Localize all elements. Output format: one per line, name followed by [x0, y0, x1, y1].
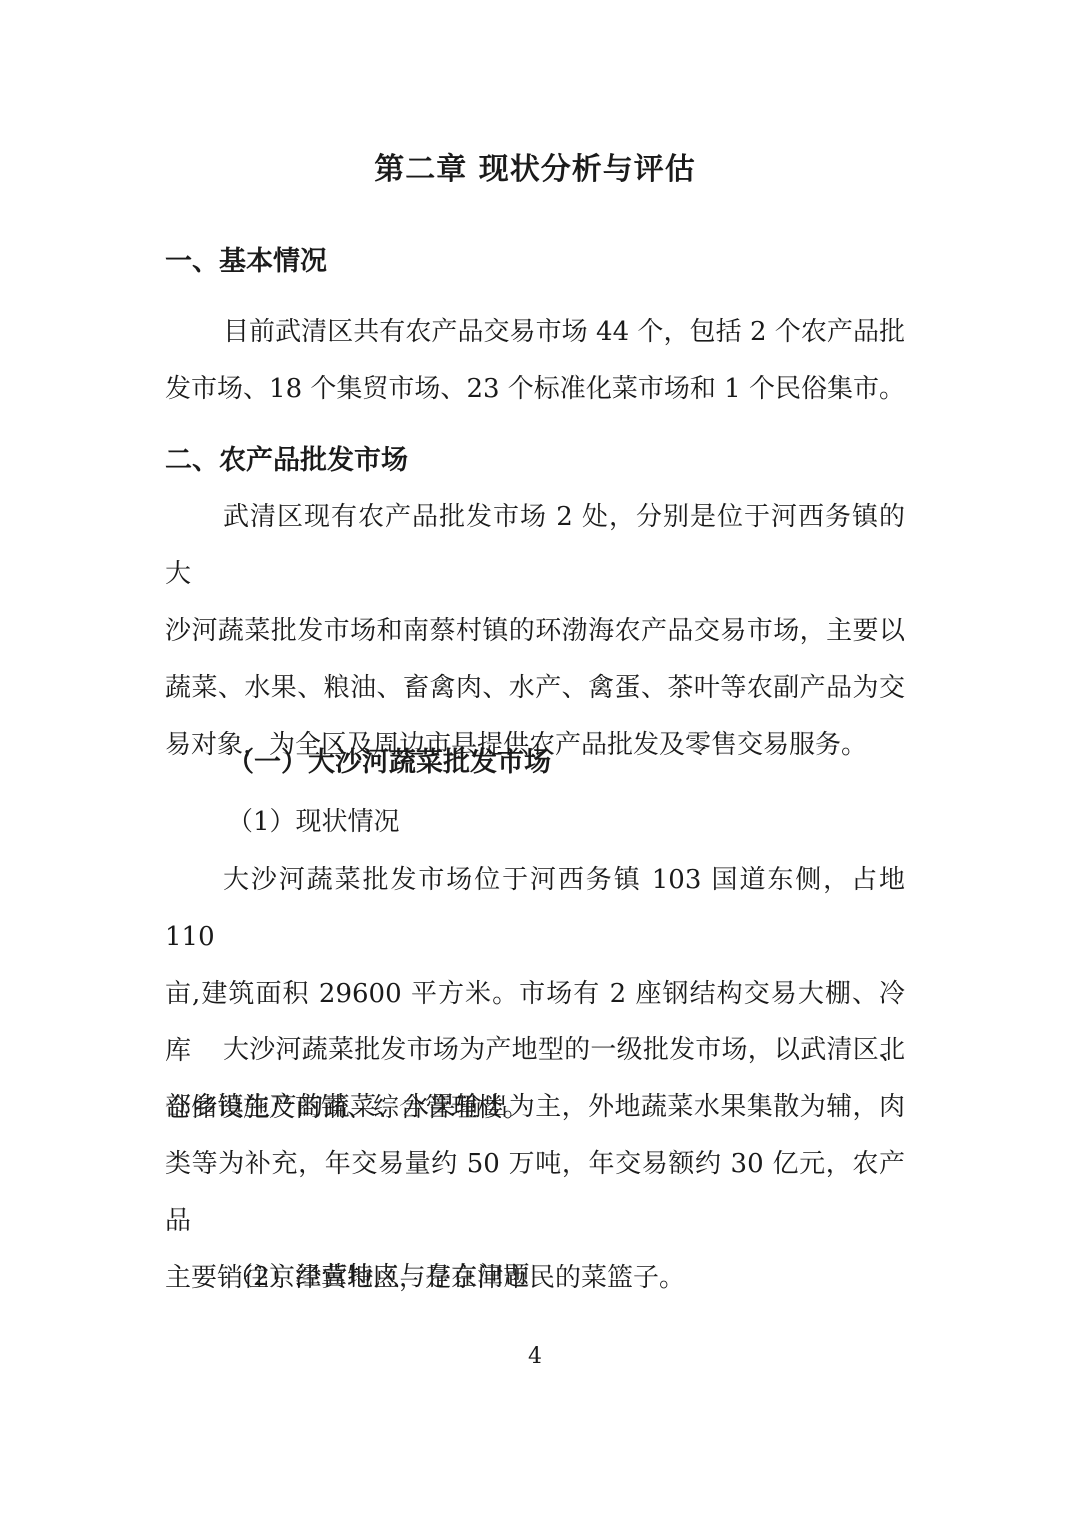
paragraph-line: 武清区现有农产品批发市场 2 处，分别是位于河西务镇的大 [165, 489, 905, 603]
paragraph: 武清区现有农产品批发市场 2 处，分别是位于河西务镇的大 沙河蔬菜批发市场和南蔡… [165, 489, 905, 774]
section-heading-wholesale-markets: 二、农产品批发市场 [165, 432, 905, 489]
paragraph-line: 蔬菜、水果、粮油、畜禽肉、水产、禽蛋、茶叶等农副产品为交 [165, 660, 905, 717]
paragraph-line: 大沙河蔬菜批发市场位于河西务镇 103 国道东侧，占地 110 [165, 852, 905, 966]
paragraph-line: 类等为补充，年交易量约 50 万吨，年交易额约 30 亿元，农产品 [165, 1136, 905, 1250]
paragraph-line: 目前武清区共有农产品交易市场 44 个，包括 2 个农产品批 [165, 304, 905, 361]
chapter-title: 第二章 现状分析与评估 [165, 141, 905, 198]
item-heading-current-status: （1）现状情况 [165, 794, 905, 851]
page-number: 4 [165, 1342, 905, 1372]
document-page: 第二章 现状分析与评估 一、基本情况 目前武清区共有农产品交易市场 44 个，包… [0, 0, 1074, 1520]
item-heading-operating-features: （2）经营特点与存在问题 [165, 1249, 905, 1306]
paragraph: 目前武清区共有农产品交易市场 44 个，包括 2 个农产品批 发市场、18 个集… [165, 304, 905, 418]
paragraph-line: 发市场、18 个集贸市场、23 个标准化菜市场和 1 个民俗集市。 [165, 361, 905, 418]
paragraph-line: 部乡镇生产的蔬菜、水果输出为主，外地蔬菜水果集散为辅，肉 [165, 1079, 905, 1136]
paragraph-line: 大沙河蔬菜批发市场为产地型的一级批发市场，以武清区北 [165, 1022, 905, 1079]
section-heading-basic-info: 一、基本情况 [165, 233, 905, 290]
paragraph-line: 沙河蔬菜批发市场和南蔡村镇的环渤海农产品交易市场，主要以 [165, 603, 905, 660]
subsection-heading-dashahe-market: （一）大沙河蔬菜批发市场 [165, 734, 905, 791]
